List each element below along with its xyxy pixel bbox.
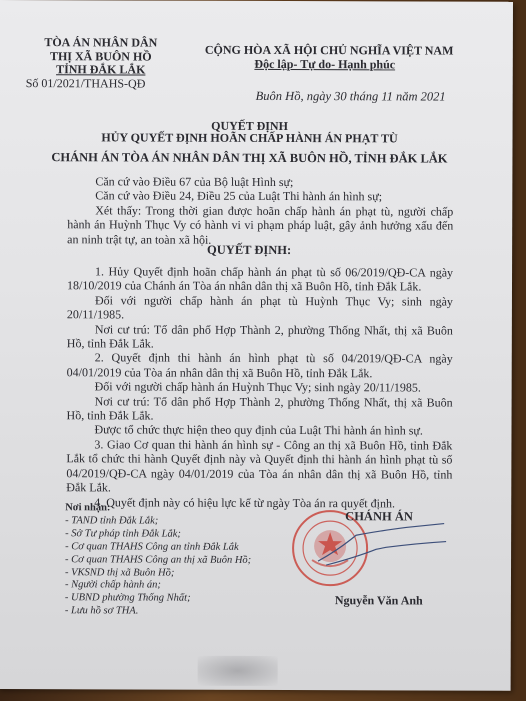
- place-date: Buôn Hồ, ngày 30 tháng 11 năm 2021: [256, 89, 446, 105]
- recipient-item: - Người chấp hành án;: [65, 580, 251, 594]
- preamble-line: Căn cứ vào Điều 24, Điều 25 của Luật Thi…: [67, 189, 453, 205]
- recipient-item: - VKSND thị xã Buôn Hồ;: [65, 567, 251, 581]
- recipient-item: - Sở Tư pháp tỉnh Đắk Lắk;: [65, 528, 251, 542]
- article-paragraph: Đối với người chấp hành án Huỳnh Thục Vy…: [67, 379, 453, 395]
- article-paragraph: Nơi cư trú: Tổ dân phố Hợp Thành 2, phườ…: [67, 322, 453, 352]
- authority-line-3: TỈNH ĐẮK LẮK: [30, 63, 172, 77]
- article-paragraph: Đối với người chấp hành án phạt tù Huỳnh…: [67, 293, 453, 323]
- recipient-item: - Cơ quan THAHS Công an tỉnh Đắk Lắk: [65, 541, 251, 555]
- nation-name: CỘNG HÒA XÃ HỘI CHỦ NGHĨA VIỆT NAM: [205, 43, 445, 58]
- preamble: Căn cứ vào Điều 67 của Bộ luật Hình sự; …: [67, 174, 453, 247]
- decision-heading: QUYẾT ĐỊNH:: [0, 242, 499, 259]
- preamble-line: Căn cứ vào Điều 67 của Bộ luật Hình sự;: [67, 174, 453, 190]
- preamble-line: Xét thấy: Trong thời gian được hoãn chấp…: [67, 203, 453, 248]
- article-paragraph: 3. Giao Cơ quan thi hành án hình sự - Cô…: [66, 437, 452, 496]
- article-paragraph: 2. Quyết định thi hành án hình phạt tù s…: [67, 351, 453, 381]
- issuing-authority: TÒA ÁN NHÂN DÂN THỊ XÃ BUÔN HỒ TỈNH ĐẮK …: [30, 36, 172, 90]
- issuing-official: CHÁNH ÁN TÒA ÁN NHÂN DÂN THỊ XÃ BUÔN HỒ,…: [0, 150, 499, 167]
- recipients-heading: Nơi nhận:: [65, 502, 251, 516]
- recipient-item: - Cơ quan THAHS Công an thị xã Buôn Hồ;: [65, 554, 251, 568]
- recipients-list: Nơi nhận: - TAND tỉnh Đắk Lắk; - Sở Tư p…: [65, 502, 252, 619]
- document-subject: HỦY QUYẾT ĐỊNH HOÃN CHẤP HÀNH ÁN PHẠT TÙ: [0, 130, 500, 147]
- national-header: CỘNG HÒA XÃ HỘI CHỦ NGHĨA VIỆT NAM Độc l…: [205, 43, 445, 72]
- recipient-item: - Lưu hồ sơ THA.: [65, 605, 251, 619]
- finger-shadow: [198, 656, 278, 686]
- document-number: Số 01/2021/THAHS-QĐ: [26, 77, 172, 91]
- article-paragraph: 1. Hủy Quyết định hoãn chấp hành án phạt…: [67, 264, 453, 294]
- recipient-item: - UBND phường Thống Nhất;: [65, 593, 251, 607]
- signature-icon: [316, 521, 466, 572]
- article-paragraph: Được tổ chức thực hiện theo quy định của…: [66, 423, 452, 439]
- national-motto: Độc lập- Tự do- Hạnh phúc: [205, 57, 445, 72]
- decision-articles: 1. Hủy Quyết định hoãn chấp hành án phạt…: [66, 264, 453, 510]
- authority-line-1: TÒA ÁN NHÂN DÂN: [30, 36, 172, 50]
- recipient-item: - TAND tỉnh Đắk Lắk;: [65, 515, 251, 529]
- document-page: TÒA ÁN NHÂN DÂN THỊ XÃ BUÔN HỒ TỈNH ĐẮK …: [0, 0, 513, 691]
- signatory-name: Nguyễn Văn Anh: [335, 593, 423, 608]
- article-paragraph: Nơi cư trú: Tổ dân phố Hợp Thành 2, phườ…: [67, 394, 453, 424]
